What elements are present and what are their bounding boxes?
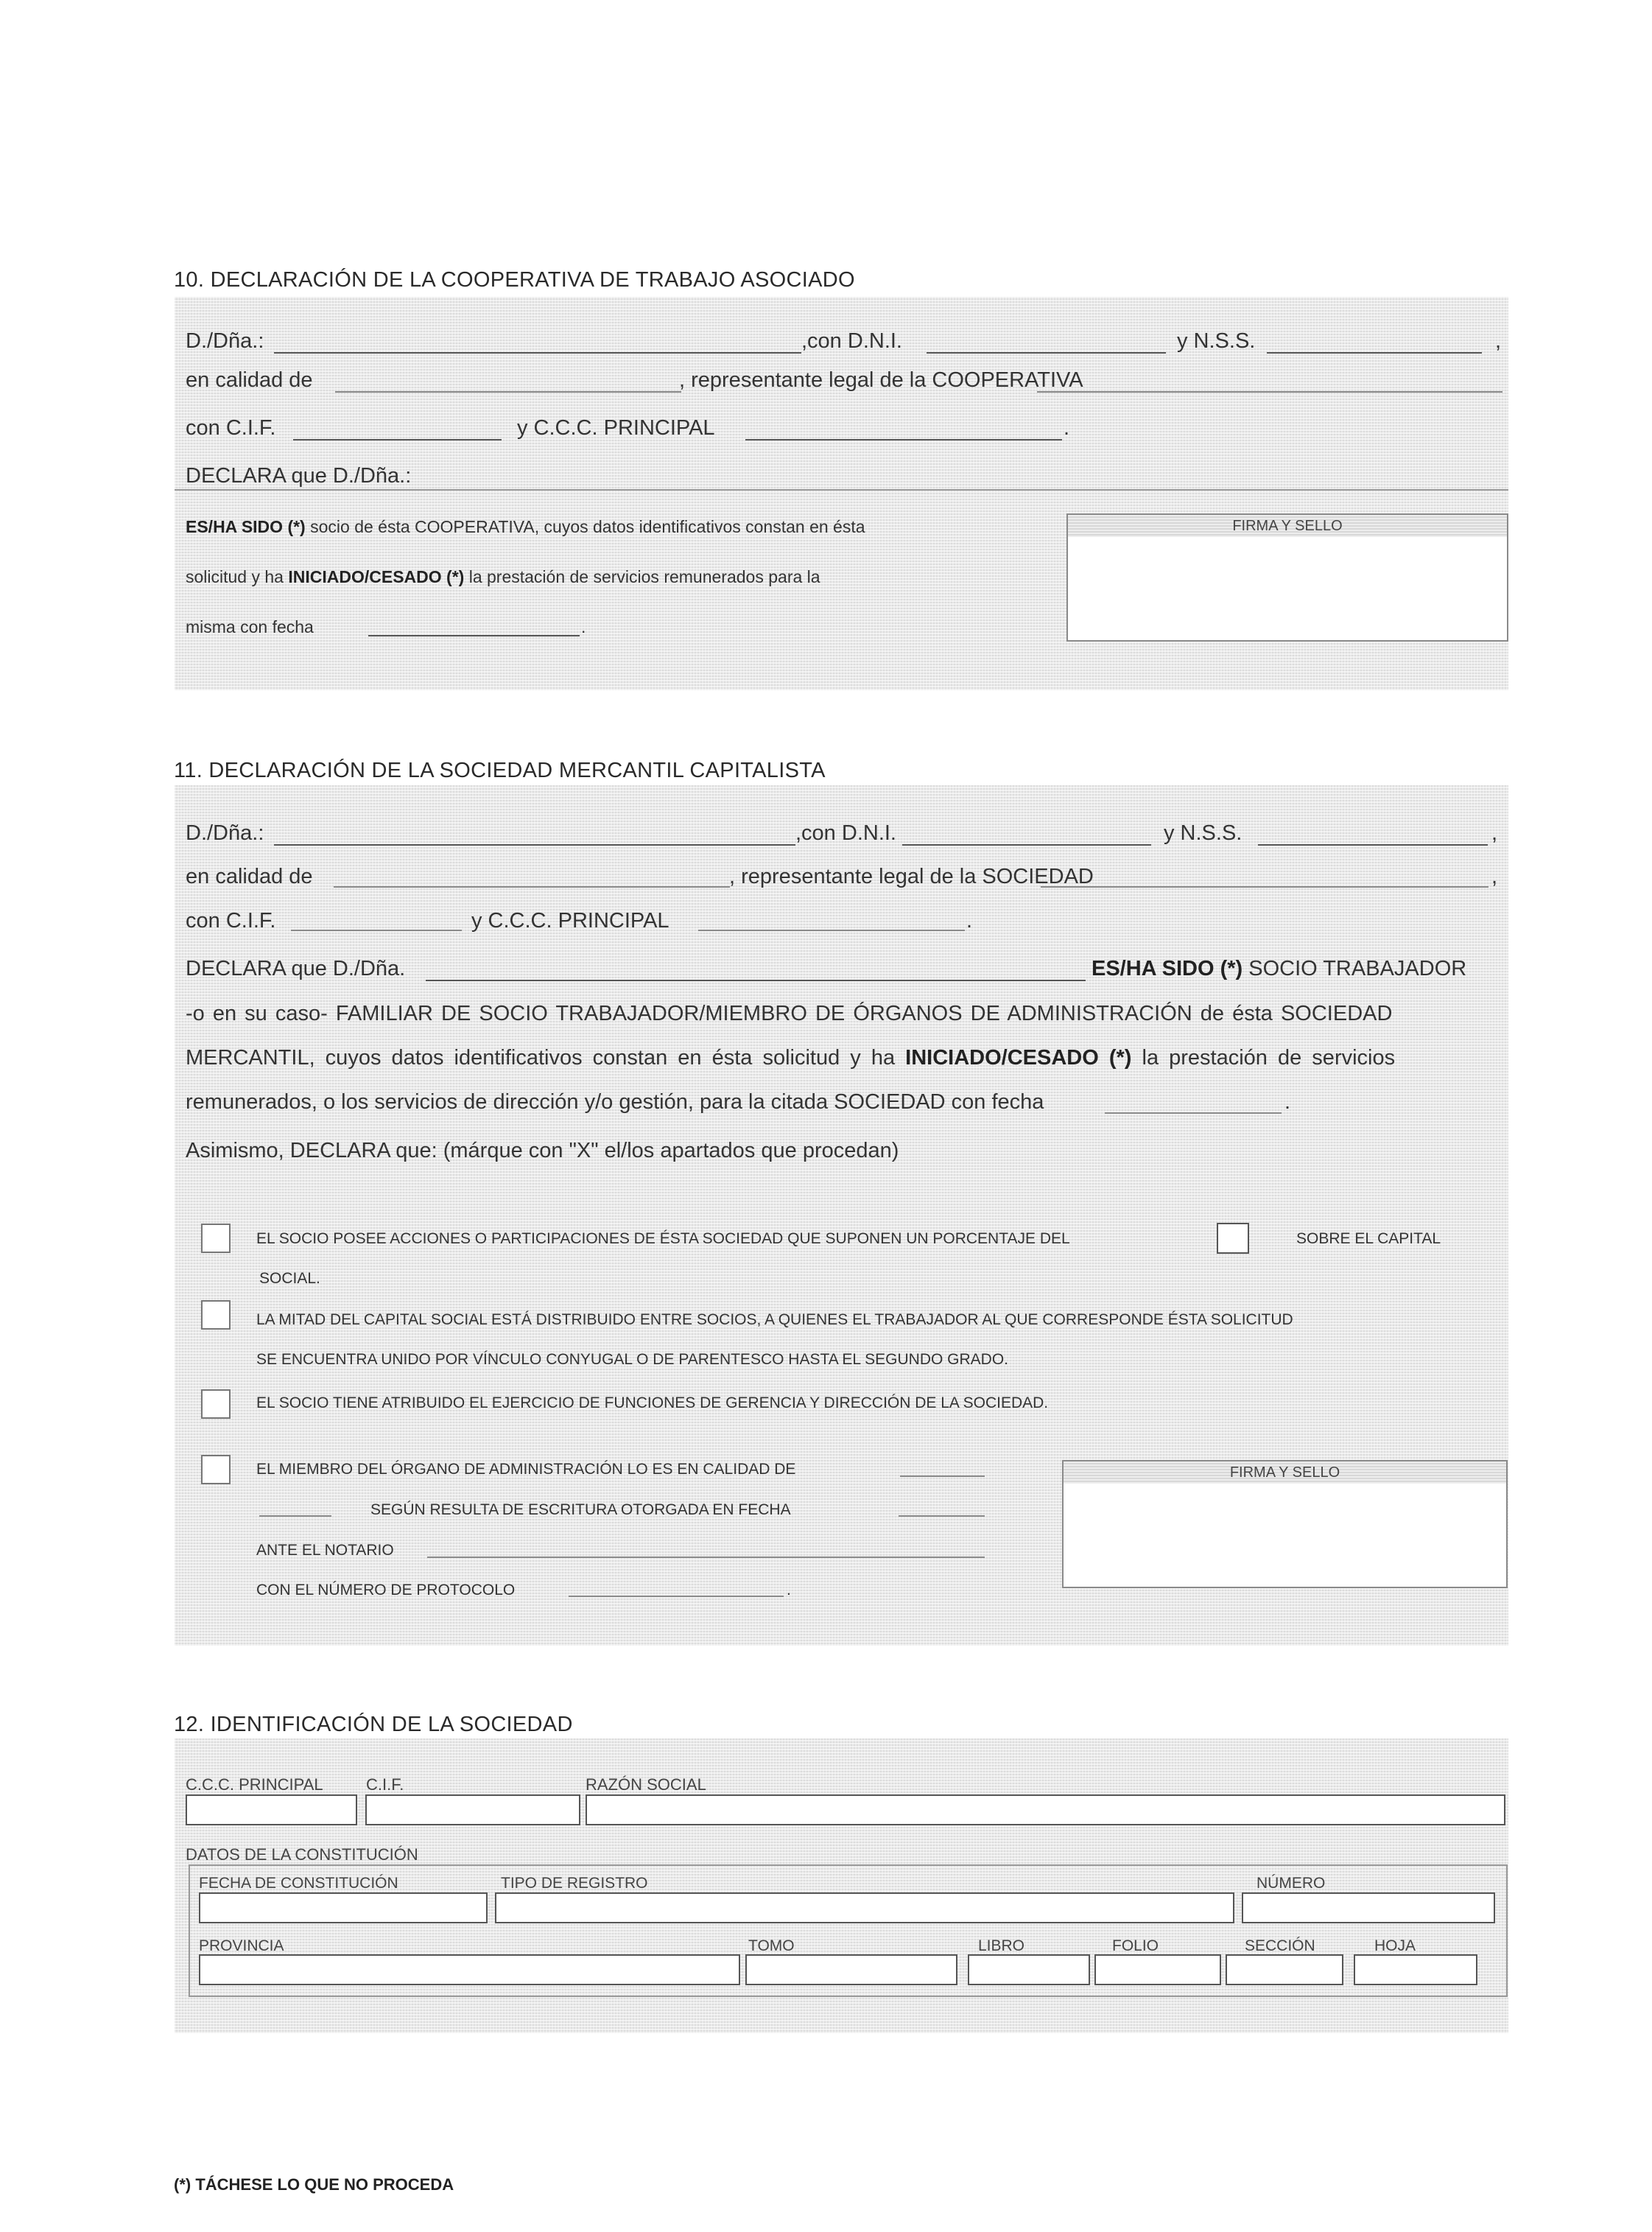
s12-tipo-input-bg (495, 1892, 1234, 1923)
s10-ccc-field[interactable] (745, 439, 1062, 441)
s10-para-end: . (581, 617, 586, 637)
s12-seccion-label: SECCIÓN (1245, 1937, 1315, 1955)
s11-option-2-checkbox[interactable] (201, 1300, 231, 1330)
s10-para-line3: misma con fecha (186, 617, 314, 637)
s11-es-ha-sido: ES/HA SIDO (*) (1092, 957, 1242, 980)
s10-dni-label: ,con D.N.I. (801, 329, 902, 354)
s11-signature-box[interactable]: FIRMA Y SELLO (1062, 1460, 1508, 1588)
s10-divider (175, 489, 1508, 491)
s11-row7-end: . (1284, 1090, 1290, 1115)
s12-fecha-input[interactable] (199, 1892, 488, 1923)
s11-row6-pre: MERCANTIL, cuyos datos identificativos c… (186, 1046, 905, 1070)
s11-option-3-checkbox[interactable] (201, 1389, 231, 1419)
s10-para-line1: ES/HA SIDO (*) socio de ésta COOPERATIVA… (186, 517, 865, 537)
s11-option-3-text: EL SOCIO TIENE ATRIBUIDO EL EJERCICIO DE… (256, 1394, 1048, 1412)
s10-name-field[interactable] (274, 352, 801, 354)
s11-declara-label: DECLARA que D./Dña. (186, 957, 405, 981)
s11-cif-field[interactable] (291, 930, 462, 931)
s11-protocolo-field[interactable] (569, 1596, 784, 1597)
s11-notario-field[interactable] (427, 1557, 985, 1558)
s10-para-l1-rest: socio de ésta COOPERATIVA, cuyos datos i… (306, 517, 865, 536)
s11-option-4-text: EL MIEMBRO DEL ÓRGANO DE ADMINISTRACIÓN … (256, 1461, 795, 1478)
s11-row4-rest: SOCIO TRABAJADOR (1242, 957, 1466, 980)
s10-name-label: D./Dña.: (186, 329, 264, 354)
s11-option-4-checkbox[interactable] (201, 1455, 231, 1484)
s10-calidad-field[interactable] (335, 391, 681, 393)
s11-escritura-fecha-field[interactable] (899, 1515, 985, 1517)
s11-option-2-text: LA MITAD DEL CAPITAL SOCIAL ESTÁ DISTRIB… (256, 1311, 1293, 1329)
s11-dni-field[interactable] (902, 844, 1151, 846)
s11-calidad-field[interactable] (334, 886, 730, 888)
s12-cif-input[interactable] (365, 1794, 580, 1825)
s10-signature-box[interactable]: FIRMA Y SELLO (1066, 513, 1508, 642)
s11-nss-field[interactable] (1258, 844, 1488, 846)
s12-provincia-input[interactable] (199, 1954, 740, 1985)
s11-nss-label: y N.S.S. (1164, 821, 1242, 846)
s11-option-4-end: . (787, 1582, 791, 1599)
s10-cooperativa-field[interactable] (1037, 391, 1502, 393)
s11-option-4-text-l2: SEGÚN RESULTA DE ESCRITURA OTORGADA EN F… (297, 1501, 791, 1519)
s11-option-4-text-l4: CON EL NÚMERO DE PROTOCOLO (256, 1582, 515, 1599)
s11-option-1-text-post: SOBRE EL CAPITAL (1296, 1230, 1441, 1248)
s10-cif-label: con C.I.F. (186, 416, 276, 441)
s12-razon-input[interactable] (586, 1794, 1505, 1825)
s12-ccc-input[interactable] (186, 1794, 357, 1825)
s12-fecha-label: FECHA DE CONSTITUCIÓN (199, 1875, 398, 1892)
s11-option-1-text-l2: SOCIAL. (259, 1270, 320, 1288)
s11-sociedad-field[interactable] (1041, 886, 1488, 888)
s11-cif-label: con C.I.F. (186, 909, 276, 933)
s11-option-4-text-l3: ANTE EL NOTARIO (256, 1542, 394, 1559)
s12-cif-label: C.I.F. (273, 1775, 404, 1794)
s12-razon-label: RAZÓN SOCIAL (586, 1775, 706, 1794)
s11-signature-label: FIRMA Y SELLO (1064, 1461, 1506, 1484)
s10-fecha-field[interactable] (368, 635, 580, 636)
section-11-title: 11. DECLARACIÓN DE LA SOCIEDAD MERCANTIL… (174, 759, 826, 783)
s11-para-line3: remunerados, o los servicios de direcció… (186, 1090, 1044, 1115)
s10-row1-end: , (1495, 329, 1501, 354)
s12-folio-label: FOLIO (1112, 1937, 1159, 1955)
s12-folio-input[interactable] (1094, 1954, 1221, 1985)
s12-tomo-label: TOMO (748, 1937, 795, 1955)
s12-libro-label: LIBRO (978, 1937, 1024, 1955)
s11-row1-end: , (1491, 821, 1497, 846)
footnote: (*) TÁCHESE LO QUE NO PROCEDA (174, 2175, 454, 2194)
s12-provincia-label: PROVINCIA (199, 1937, 284, 1955)
s12-libro-input[interactable] (968, 1954, 1090, 1985)
s11-dni-label: ,con D.N.I. (795, 821, 896, 846)
s12-seccion-input[interactable] (1226, 1954, 1343, 1985)
s11-percentage-box[interactable] (1217, 1223, 1249, 1254)
s10-dni-field[interactable] (927, 352, 1166, 354)
s10-cif-field[interactable] (293, 439, 502, 441)
s10-iniciado-cesado: INICIADO/CESADO (*) (288, 567, 464, 586)
s11-asimismo: Asimismo, DECLARA que: (márque con "X" e… (186, 1139, 899, 1163)
s11-segun-resulta: SEGÚN RESULTA DE ESCRITURA OTORGADA EN F… (370, 1501, 791, 1518)
section-12-title: 12. IDENTIFICACIÓN DE LA SOCIEDAD (174, 1713, 573, 1737)
s10-calidad-label: en calidad de (186, 368, 313, 393)
s11-para-line2: MERCANTIL, cuyos datos identificativos c… (186, 1046, 1395, 1070)
s11-iniciado-cesado: INICIADO/CESADO (*) (905, 1046, 1131, 1070)
s11-calidad-de-field[interactable] (900, 1475, 985, 1477)
s11-para-line1: -o en su caso- FAMILIAR DE SOCIO TRABAJA… (186, 1002, 1392, 1026)
s10-nss-label: y N.S.S. (1177, 329, 1255, 354)
s11-name-label: D./Dña.: (186, 821, 264, 846)
s11-option-2-text-l2: SE ENCUENTRA UNIDO POR VÍNCULO CONYUGAL … (256, 1351, 1008, 1369)
s11-ccc-label: y C.C.C. PRINCIPAL (471, 909, 669, 933)
s10-para-l2-rest: la prestación de servicios remunerados p… (464, 567, 820, 586)
s11-option-1-checkbox[interactable] (201, 1224, 231, 1253)
s10-row3-end: . (1064, 416, 1069, 441)
s12-hoja-label: HOJA (1374, 1937, 1416, 1955)
s10-ccc-label: y C.C.C. PRINCIPAL (517, 416, 715, 441)
s11-calidad-label: en calidad de (186, 865, 313, 889)
s11-row3-end: . (966, 909, 972, 933)
s12-tipo-label: TIPO DE REGISTRO (501, 1875, 648, 1892)
s11-name-field[interactable] (274, 844, 795, 846)
s11-fecha-field[interactable] (1105, 1112, 1282, 1114)
s10-signature-label: FIRMA Y SELLO (1068, 515, 1507, 537)
s12-numero-input[interactable] (1242, 1892, 1495, 1923)
s12-tomo-input[interactable] (745, 1954, 957, 1985)
s11-option-1-text: EL SOCIO POSEE ACCIONES O PARTICIPACIONE… (256, 1230, 1070, 1248)
s11-row2-end: , (1491, 865, 1497, 889)
s10-rep-label: , representante legal de la COOPERATIVA (679, 368, 1083, 393)
s11-declara-field[interactable] (426, 980, 1086, 981)
s10-declara-label: DECLARA que D./Dña.: (186, 464, 411, 488)
s12-hoja-input[interactable] (1354, 1954, 1477, 1985)
s11-socio-trabajador: ES/HA SIDO (*) SOCIO TRABAJADOR (1092, 957, 1466, 981)
s10-para-line2: solicitud y ha INICIADO/CESADO (*) la pr… (186, 567, 820, 587)
s12-numero-label: NÚMERO (1256, 1875, 1325, 1892)
s12-cif-label-text: C.I.F. (366, 1775, 404, 1794)
s10-para-l2-pre: solicitud y ha (186, 567, 288, 586)
s10-es-ha-sido: ES/HA SIDO (*) (186, 517, 306, 536)
s12-constitution-title: DATOS DE LA CONSTITUCIÓN (186, 1845, 418, 1864)
s11-ccc-field[interactable] (698, 930, 965, 931)
s10-nss-field[interactable] (1267, 352, 1482, 354)
s11-row6-rest: la prestación de servicios (1131, 1046, 1395, 1070)
s11-rep-label: , representante legal de la SOCIEDAD (729, 865, 1094, 889)
section-10-title: 10. DECLARACIÓN DE LA COOPERATIVA DE TRA… (174, 268, 855, 292)
